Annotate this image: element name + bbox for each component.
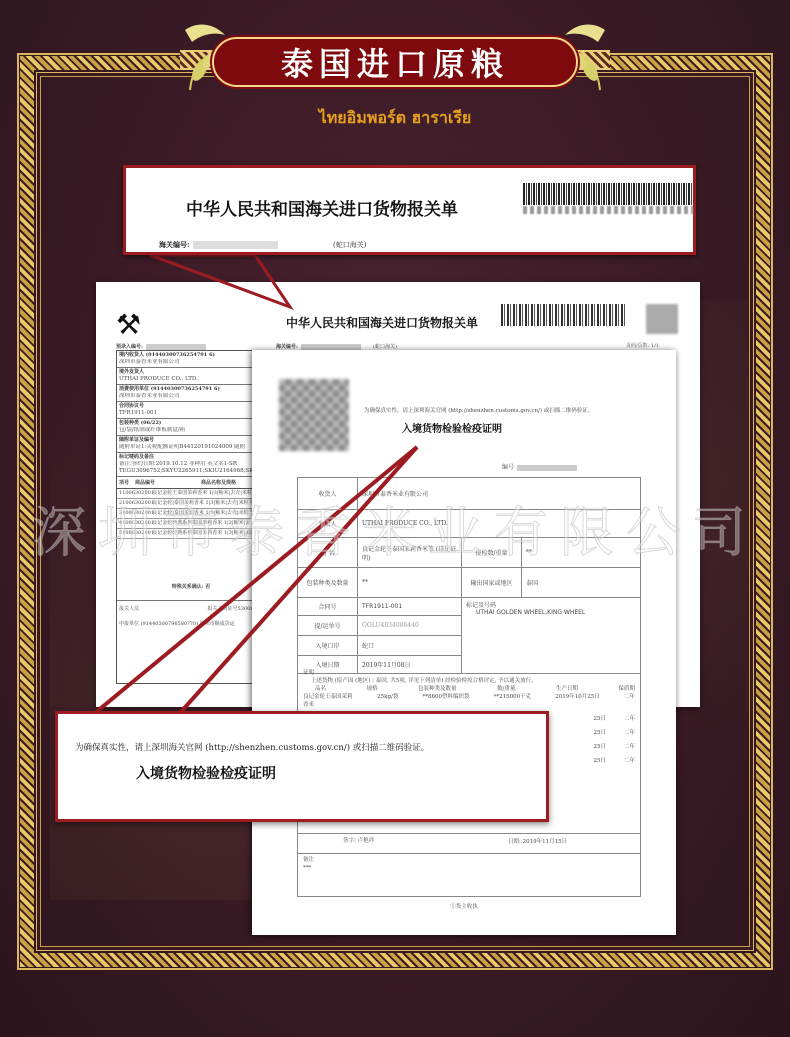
goods-row: 31006302001良记金轮|泰国茉莉香米 1|3|籼米|去壳|米粒平均长度7… bbox=[117, 509, 265, 519]
barcode-digits bbox=[523, 206, 693, 214]
list-header: 品名 规格 包装种类及数量 数/重量 生产日期 保质期 bbox=[303, 685, 635, 693]
callout-title: 中华人民共和国海关进口货物报关单 bbox=[186, 195, 458, 220]
page-title: 泰国进口原粮 bbox=[281, 39, 509, 85]
certificate-number: 编号 bbox=[502, 462, 577, 471]
qr-code bbox=[646, 304, 678, 334]
customs-number: 海关编号: bbox=[276, 343, 361, 350]
table-row: 标记唛码及备注备注:签约日期:2019.10.12 非种用 英文名1-SRTEG… bbox=[117, 453, 265, 477]
inspection-certificate-document: 为确保真实性，请上深圳海关官网 (http://shenzhen.customs… bbox=[252, 350, 676, 935]
special-relation: 特殊关系确认: 否 bbox=[117, 567, 265, 601]
goods-header: 项号 商品编号 商品名称及规格 bbox=[117, 477, 265, 489]
copy-label: ①货主收执 bbox=[252, 902, 676, 910]
table-row: 消费使用单位 (91440300736254791 6)深圳市泰香米业有限公司 bbox=[117, 385, 265, 402]
certificate-title: 入境货物检验检疫证明 bbox=[402, 420, 502, 435]
barcode bbox=[501, 304, 626, 326]
goods-row: 11006302001良记金轮王泰国茉莉香米 1|3|籼米|去壳|米粒平均长度7… bbox=[117, 489, 265, 499]
remark-section: 备注 *** bbox=[297, 853, 641, 897]
customs-number: 海关编号: bbox=[159, 240, 278, 250]
page-count: 页码/页数: 1/1 bbox=[626, 342, 659, 349]
title-banner: 泰国进口原粮 bbox=[180, 20, 610, 100]
barcode bbox=[523, 183, 693, 205]
thai-subtitle: ไทยอิมพอร์ต ฮาราเรีย bbox=[0, 106, 790, 131]
goods-row: 21006302001良记金轮|泰国茉莉香米 1|3|籼米|去壳|米粒平均长度7… bbox=[117, 499, 265, 509]
verify-note: 为确保真实性，请上深圳海关官网 (http://shenzhen.customs… bbox=[75, 741, 429, 753]
declaring-unit: 申报单位 (91440300796580?70) 深圳市顺成货运 bbox=[117, 616, 265, 631]
declaration-table: 境内收货人 (91440300736254791 6)深圳市泰香米业有限公司 境… bbox=[116, 350, 266, 684]
callout-title: 入境货物检验检疫证明 bbox=[136, 763, 276, 783]
goods-row: 51006302001良记金轮经典系列泰国茉莉香米 1|3|籼米|去壳|米粒平均… bbox=[117, 529, 265, 539]
callout-certificate-zoom: 为确保真实性，请上深圳海关官网 (http://shenzhen.customs… bbox=[55, 711, 549, 822]
customs-port: (蛇口海关) bbox=[373, 343, 397, 350]
certificate-table: 收货人 深圳市泰香米业有限公司 发货人 UTHAI PRODUCE CO., L… bbox=[297, 477, 641, 674]
customs-emblem-icon: ⚒ bbox=[116, 308, 141, 341]
banner-plate: 泰国进口原粮 bbox=[212, 37, 578, 87]
declarant-row: 报关人员报关人员证号53008771 bbox=[117, 601, 265, 616]
table-row: 境外发货人UTHAI PRODUCE CO., LTD. bbox=[117, 368, 265, 385]
table-row: 随附单证及编号随附单证1:关税配额证明B44120191024009 随附 bbox=[117, 436, 265, 453]
qr-code bbox=[279, 379, 349, 451]
declaration-title: 中华人民共和国海关进口货物报关单 bbox=[286, 314, 478, 331]
customs-port: (蛇口海关) bbox=[333, 240, 366, 250]
list-item: 良记金轮王泰国茉莉香米 25kg/袋 **8600塑料编织袋 **215000千… bbox=[303, 693, 635, 709]
signature-row: 签字: 卢艳祥 日期: 2019年11月15日 bbox=[297, 830, 641, 854]
table-row: 包装种类 (06/22)包/袋/纸制或纤维板制盒/箱 bbox=[117, 419, 265, 436]
verify-note: 为确保真实性，请上深圳海关官网 (http://shenzhen.customs… bbox=[364, 406, 593, 414]
goods-row: 41006302001良记金轮经典系列泰国茉莉香米 1|3|籼米|去壳|米粒平均… bbox=[117, 519, 265, 529]
table-row: 合同协议号TFR1911-001 bbox=[117, 402, 265, 419]
pre-entry-number: 预录入编号: bbox=[116, 343, 206, 350]
callout-declaration-zoom: 中华人民共和国海关进口货物报关单 海关编号: (蛇口海关) bbox=[123, 165, 696, 255]
table-row: 境内收货人 (91440300736254791 6)深圳市泰香米业有限公司 bbox=[117, 351, 265, 368]
